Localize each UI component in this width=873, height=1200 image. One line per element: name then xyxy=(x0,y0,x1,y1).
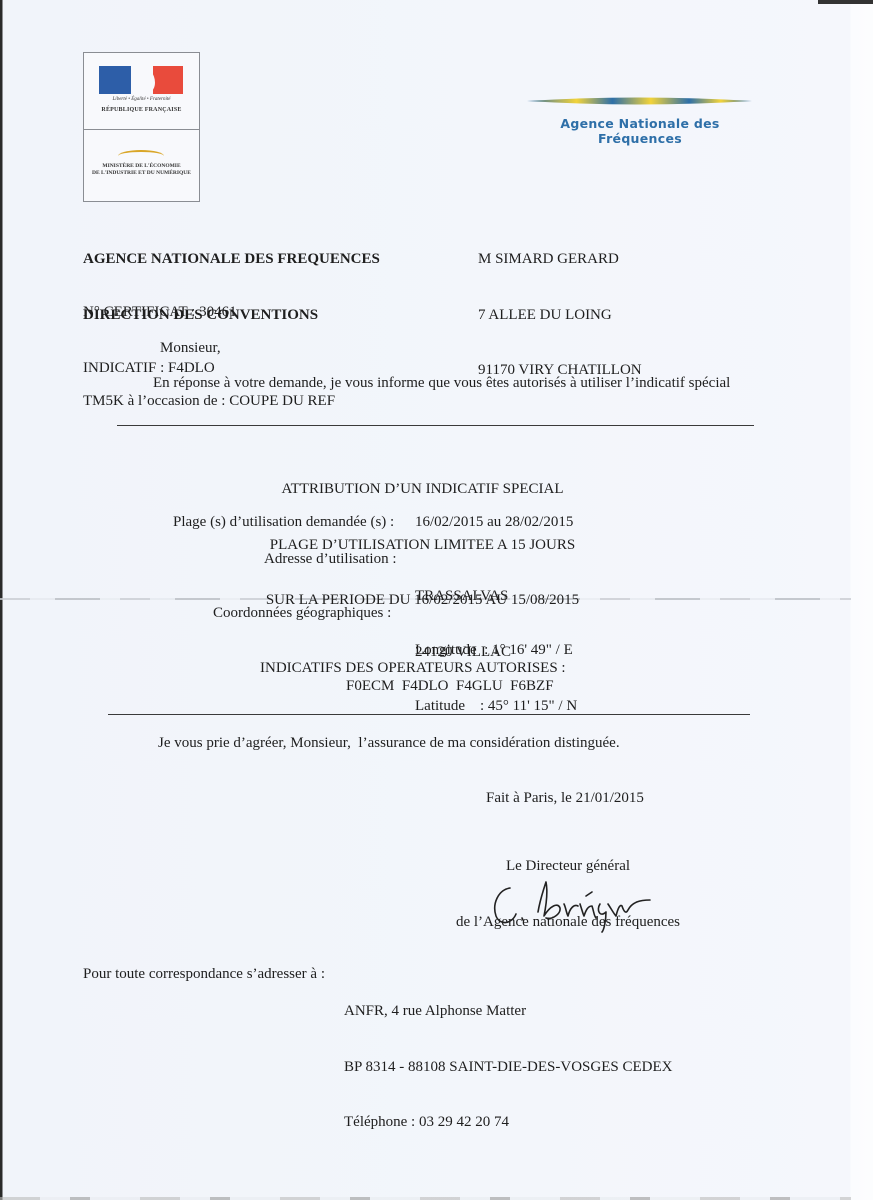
intro-line-1: En réponse à votre demande, je vous info… xyxy=(153,374,730,393)
certificate-number: N° CERTIFICAT : 30461 xyxy=(83,303,237,322)
logo-divider xyxy=(84,129,199,130)
handwritten-signature-icon xyxy=(488,874,658,934)
recipient-name: M SIMARD GERARD xyxy=(478,250,642,269)
anfr-swoosh-icon xyxy=(527,96,752,106)
place-date: Fait à Paris, le 21/01/2015 xyxy=(486,789,644,808)
address-label: Adresse d’utilisation : xyxy=(264,550,396,569)
separator xyxy=(108,714,750,715)
separator xyxy=(117,425,754,426)
intro-line-2: TM5K à l’occasion de : COUPE DU REF xyxy=(83,392,335,411)
range-label: Plage (s) d’utilisation demandée (s) : xyxy=(173,513,394,532)
correspondence-label: Pour toute correspondance s’adresser à : xyxy=(83,965,325,984)
ministry-name: MINISTÈRE DE L'ÉCONOMIE DE L'INDUSTRIE E… xyxy=(84,163,199,177)
scan-edge xyxy=(818,0,873,4)
salutation: Monsieur, xyxy=(160,339,221,358)
longitude: Longitude : 1° 16' 49" / E xyxy=(415,641,577,660)
range-value: 16/02/2015 au 28/02/2015 xyxy=(415,513,573,532)
phone-number: Téléphone : 03 29 42 20 74 xyxy=(344,1113,672,1132)
coords-label: Coordonnées géographiques : xyxy=(213,604,391,623)
latitude: Latitude : 45° 11' 15" / N xyxy=(415,697,577,716)
ministry-arc-icon xyxy=(118,150,164,162)
republique-francaise-logo: Liberté • Égalité • Fraternité RÉPUBLIQU… xyxy=(83,52,200,202)
scanned-letter-page: Liberté • Égalité • Fraternité RÉPUBLIQU… xyxy=(0,0,873,1200)
anfr-logo-text: Agence Nationale des Fréquences xyxy=(527,116,753,146)
republique-name: RÉPUBLIQUE FRANÇAISE xyxy=(84,107,199,113)
correspondence-address: ANFR, 4 rue Alphonse Matter BP 8314 - 88… xyxy=(344,965,672,1169)
recipient-street: 7 ALLEE DU LOING xyxy=(478,306,642,325)
closing-formula: Je vous prie d’agréer, Monsieur, l’assur… xyxy=(158,734,620,753)
motto: Liberté • Égalité • Fraternité xyxy=(84,97,199,102)
operators-title: INDICATIFS DES OPERATEURS AUTORISES : xyxy=(260,659,566,678)
marianne-flag-icon xyxy=(99,66,183,94)
operators-list: F0ECM F4DLO F4GLU F6BZF xyxy=(346,677,554,696)
